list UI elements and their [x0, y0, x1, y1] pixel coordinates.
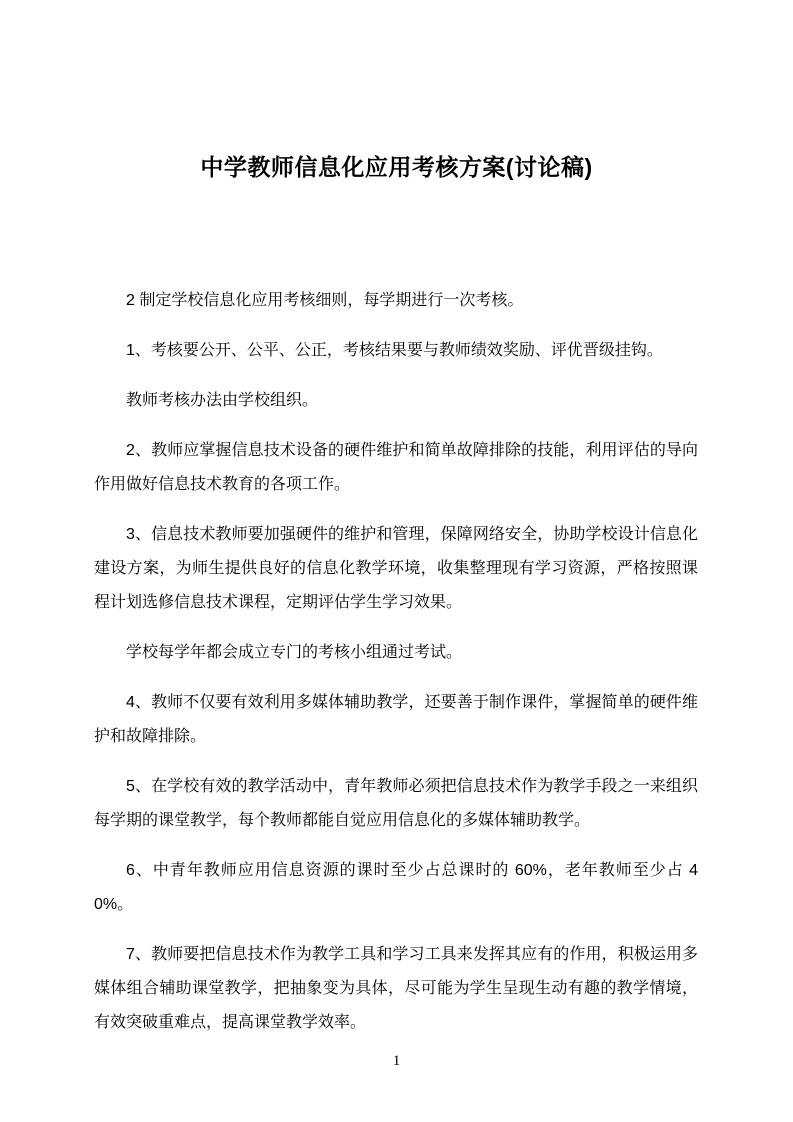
page-number: 1: [0, 1051, 793, 1071]
paragraph: 教师考核办法由学校组织。: [94, 384, 698, 418]
paragraph: 4、教师不仅要有效利用多媒体辅助教学，还要善于制作课件，掌握简单的硬件维护和故障…: [94, 686, 698, 754]
paragraph: 2 制定学校信息化应用考核细则，每学期进行一次考核。: [94, 284, 698, 318]
paragraph: 5、在学校有效的教学活动中，青年教师必须把信息技术作为教学手段之一来组织每学期的…: [94, 770, 698, 838]
document-title: 中学教师信息化应用考核方案(讨论稿): [0, 151, 793, 183]
paragraph: 1、考核要公开、公平、公正，考核结果要与教师绩效奖励、评优晋级挂钩。: [94, 334, 698, 368]
paragraph: 2、教师应掌握信息技术设备的硬件维护和简单故障排除的技能，利用评估的导向作用做好…: [94, 434, 698, 502]
paragraph: 学校每学年都会成立专门的考核小组通过考试。: [94, 636, 698, 670]
document-body: 2 制定学校信息化应用考核细则，每学期进行一次考核。 1、考核要公开、公平、公正…: [94, 284, 698, 1056]
paragraph: 6、中青年教师应用信息资源的课时至少占总课时的 60%，老年教师至少占 40%。: [94, 854, 698, 922]
document-page: 中学教师信息化应用考核方案(讨论稿) 2 制定学校信息化应用考核细则，每学期进行…: [0, 0, 793, 1122]
paragraph: 3、信息技术教师要加强硬件的维护和管理，保障网络安全，协助学校设计信息化建设方案…: [94, 518, 698, 620]
paragraph: 7、教师要把信息技术作为教学工具和学习工具来发挥其应有的作用，积极运用多媒体组合…: [94, 938, 698, 1040]
